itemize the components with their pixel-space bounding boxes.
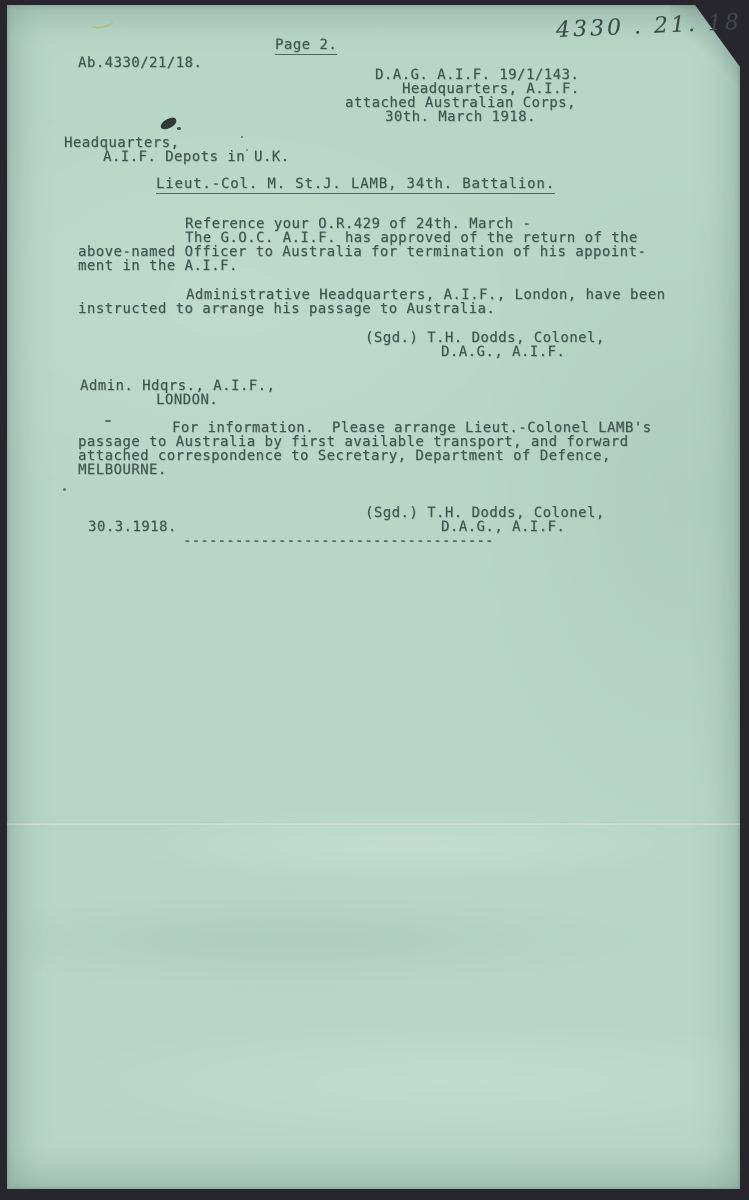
ink-speck — [63, 488, 66, 491]
letterhead-ref-line: D.A.G. A.I.F. 19/1/143. — [375, 68, 579, 82]
body-p1-line1: Reference your O.R.429 of 24th. March - — [185, 217, 531, 231]
addressee-line2: A.I.F. Depots in U.K. — [103, 150, 289, 164]
ink-speck — [105, 420, 111, 422]
forward-p-line1: For information. Please arrange Lieut.-C… — [172, 421, 651, 435]
letterhead-attached-line: attached Australian Corps, — [345, 96, 576, 110]
ink-blot-dot — [177, 127, 181, 130]
signature2-line1: (Sgd.) T.H. Dodds, Colonel, — [365, 506, 605, 520]
forward-p-line4: MELBOURNE. — [78, 463, 167, 477]
signature2-date: 30.3.1918. — [88, 520, 177, 534]
fold-crease — [7, 822, 740, 826]
body-p1-line2: The G.O.C. A.I.F. has approved of the re… — [185, 231, 638, 245]
forward-p-line2: passage to Australia by first available … — [78, 435, 628, 449]
signature2-line2: D.A.G., A.I.F. — [441, 520, 565, 534]
body-p1-line3: above-named Officer to Australia for ter… — [78, 245, 646, 259]
body-p2-line2: instructed to arrange his passage to Aus… — [78, 302, 495, 316]
addressee-line1: Headquarters, — [64, 136, 179, 150]
forward-p-line3: attached correspondence to Secretary, De… — [78, 449, 611, 463]
subject-heading: Lieut.-Col. M. St.J. LAMB, 34th. Battali… — [156, 177, 555, 194]
forward-addressee-line2: LONDON. — [156, 393, 218, 407]
body-p1-line4: ment in the A.I.F. — [78, 259, 238, 273]
scanned-letter-page: 4330 . 21. 18 Page 2. Ab.4330/21/18. D.A… — [0, 0, 749, 1200]
letterhead-hq-line: Headquarters, A.I.F. — [402, 82, 580, 96]
signature1-line2: D.A.G., A.I.F. — [441, 345, 565, 359]
closing-dashed-rule: ------------------------------------ — [183, 534, 494, 548]
forward-addressee-line1: Admin. Hdqrs., A.I.F., — [80, 379, 275, 393]
ink-speck — [241, 136, 243, 138]
signature1-line1: (Sgd.) T.H. Dodds, Colonel, — [365, 331, 605, 345]
file-reference: Ab.4330/21/18. — [78, 56, 202, 70]
page-number-label: Page 2. — [275, 38, 337, 55]
body-p2-line1: Administrative Headquarters, A.I.F., Lon… — [186, 288, 665, 302]
letterhead-date-line: 30th. March 1918. — [385, 110, 536, 124]
